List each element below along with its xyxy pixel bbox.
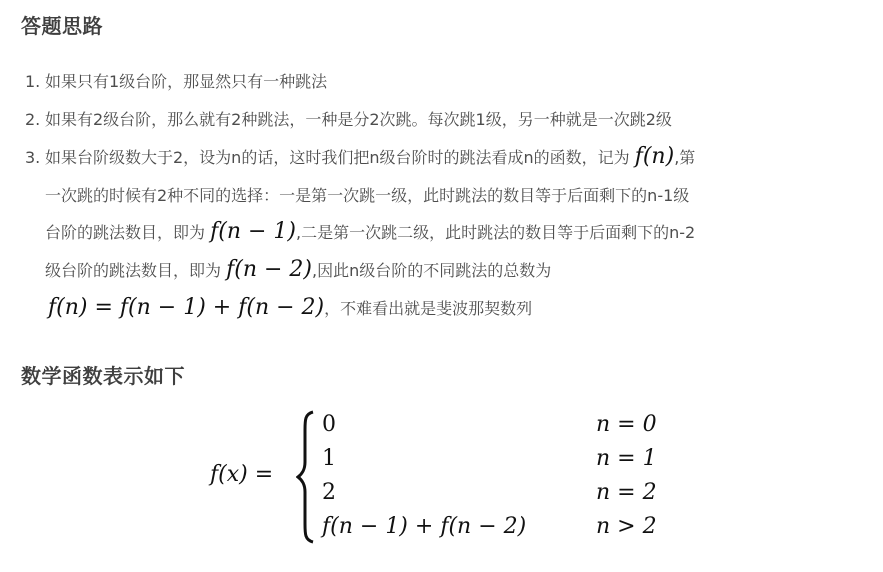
list-text: 台阶的跳法数目，即为 [45,223,205,242]
list-text: ,第 [674,148,695,167]
list-text: ,因此n级台阶的不同跳法的总数为 [312,261,551,280]
case-condition-3: n > 2 [596,514,657,539]
list-item-3-line-4: 级台阶的跳法数目，即为 f(n − 2),因此n级台阶的不同跳法的总数为 [45,259,551,282]
heading-math-function: 数学函数表示如下 [21,360,185,389]
math-f-n-minus-2: f(n − 2) [226,257,312,282]
list-text: 如果有2级台阶，那么就有2种跳法，一种是分2次跳。每次跳1级，另一种就是一次跳2… [45,110,672,129]
case-condition-2: n = 2 [596,480,657,505]
left-brace-icon [296,410,316,544]
list-item-1: 1.如果只有1级台阶，那显然只有一种跳法 [25,71,327,93]
case-value-3: f(n − 1) + f(n − 2) [322,514,526,539]
piecewise-lhs: f(x) = [210,462,273,487]
list-number: 3. [25,147,45,169]
list-number: 1. [25,71,45,93]
list-text: ，不难看出就是斐波那契数列 [324,299,532,318]
math-recurrence: f(n) = f(n − 1) + f(n − 2) [48,295,324,320]
case-value-0: 0 [322,412,336,437]
list-item-3-line-5: f(n) = f(n − 1) + f(n − 2)，不难看出就是斐波那契数列 [48,297,532,320]
list-text: ,二是第一次跳二级，此时跳法的数目等于后面剩下的n-2 [296,223,695,242]
list-item-3-line-2: 一次跳的时候有2种不同的选择：一是第一次跳一级，此时跳法的数目等于后面剩下的n-… [45,185,689,207]
math-f-n-minus-1: f(n − 1) [210,219,296,244]
math-f-n: f(n) [635,144,674,169]
case-value-1: 1 [322,446,336,471]
list-text: 级台阶的跳法数目，即为 [45,261,221,280]
heading-solution-idea: 答题思路 [21,10,103,39]
case-condition-0: n = 0 [596,412,657,437]
list-item-3-line-3: 台阶的跳法数目，即为 f(n − 1),二是第一次跳二级，此时跳法的数目等于后面… [45,221,695,244]
case-value-2: 2 [322,480,336,505]
case-condition-1: n = 1 [596,446,657,471]
list-text: 如果只有1级台阶，那显然只有一种跳法 [45,72,327,91]
list-number: 2. [25,109,45,131]
list-item-3-line-1: 3.如果台阶级数大于2，设为n的话，这时我们把n级台阶时的跳法看成n的函数，记为… [25,146,695,169]
list-item-2: 2.如果有2级台阶，那么就有2种跳法，一种是分2次跳。每次跳1级，另一种就是一次… [25,109,672,131]
list-text: 如果台阶级数大于2，设为n的话，这时我们把n级台阶时的跳法看成n的函数，记为 [45,148,630,167]
